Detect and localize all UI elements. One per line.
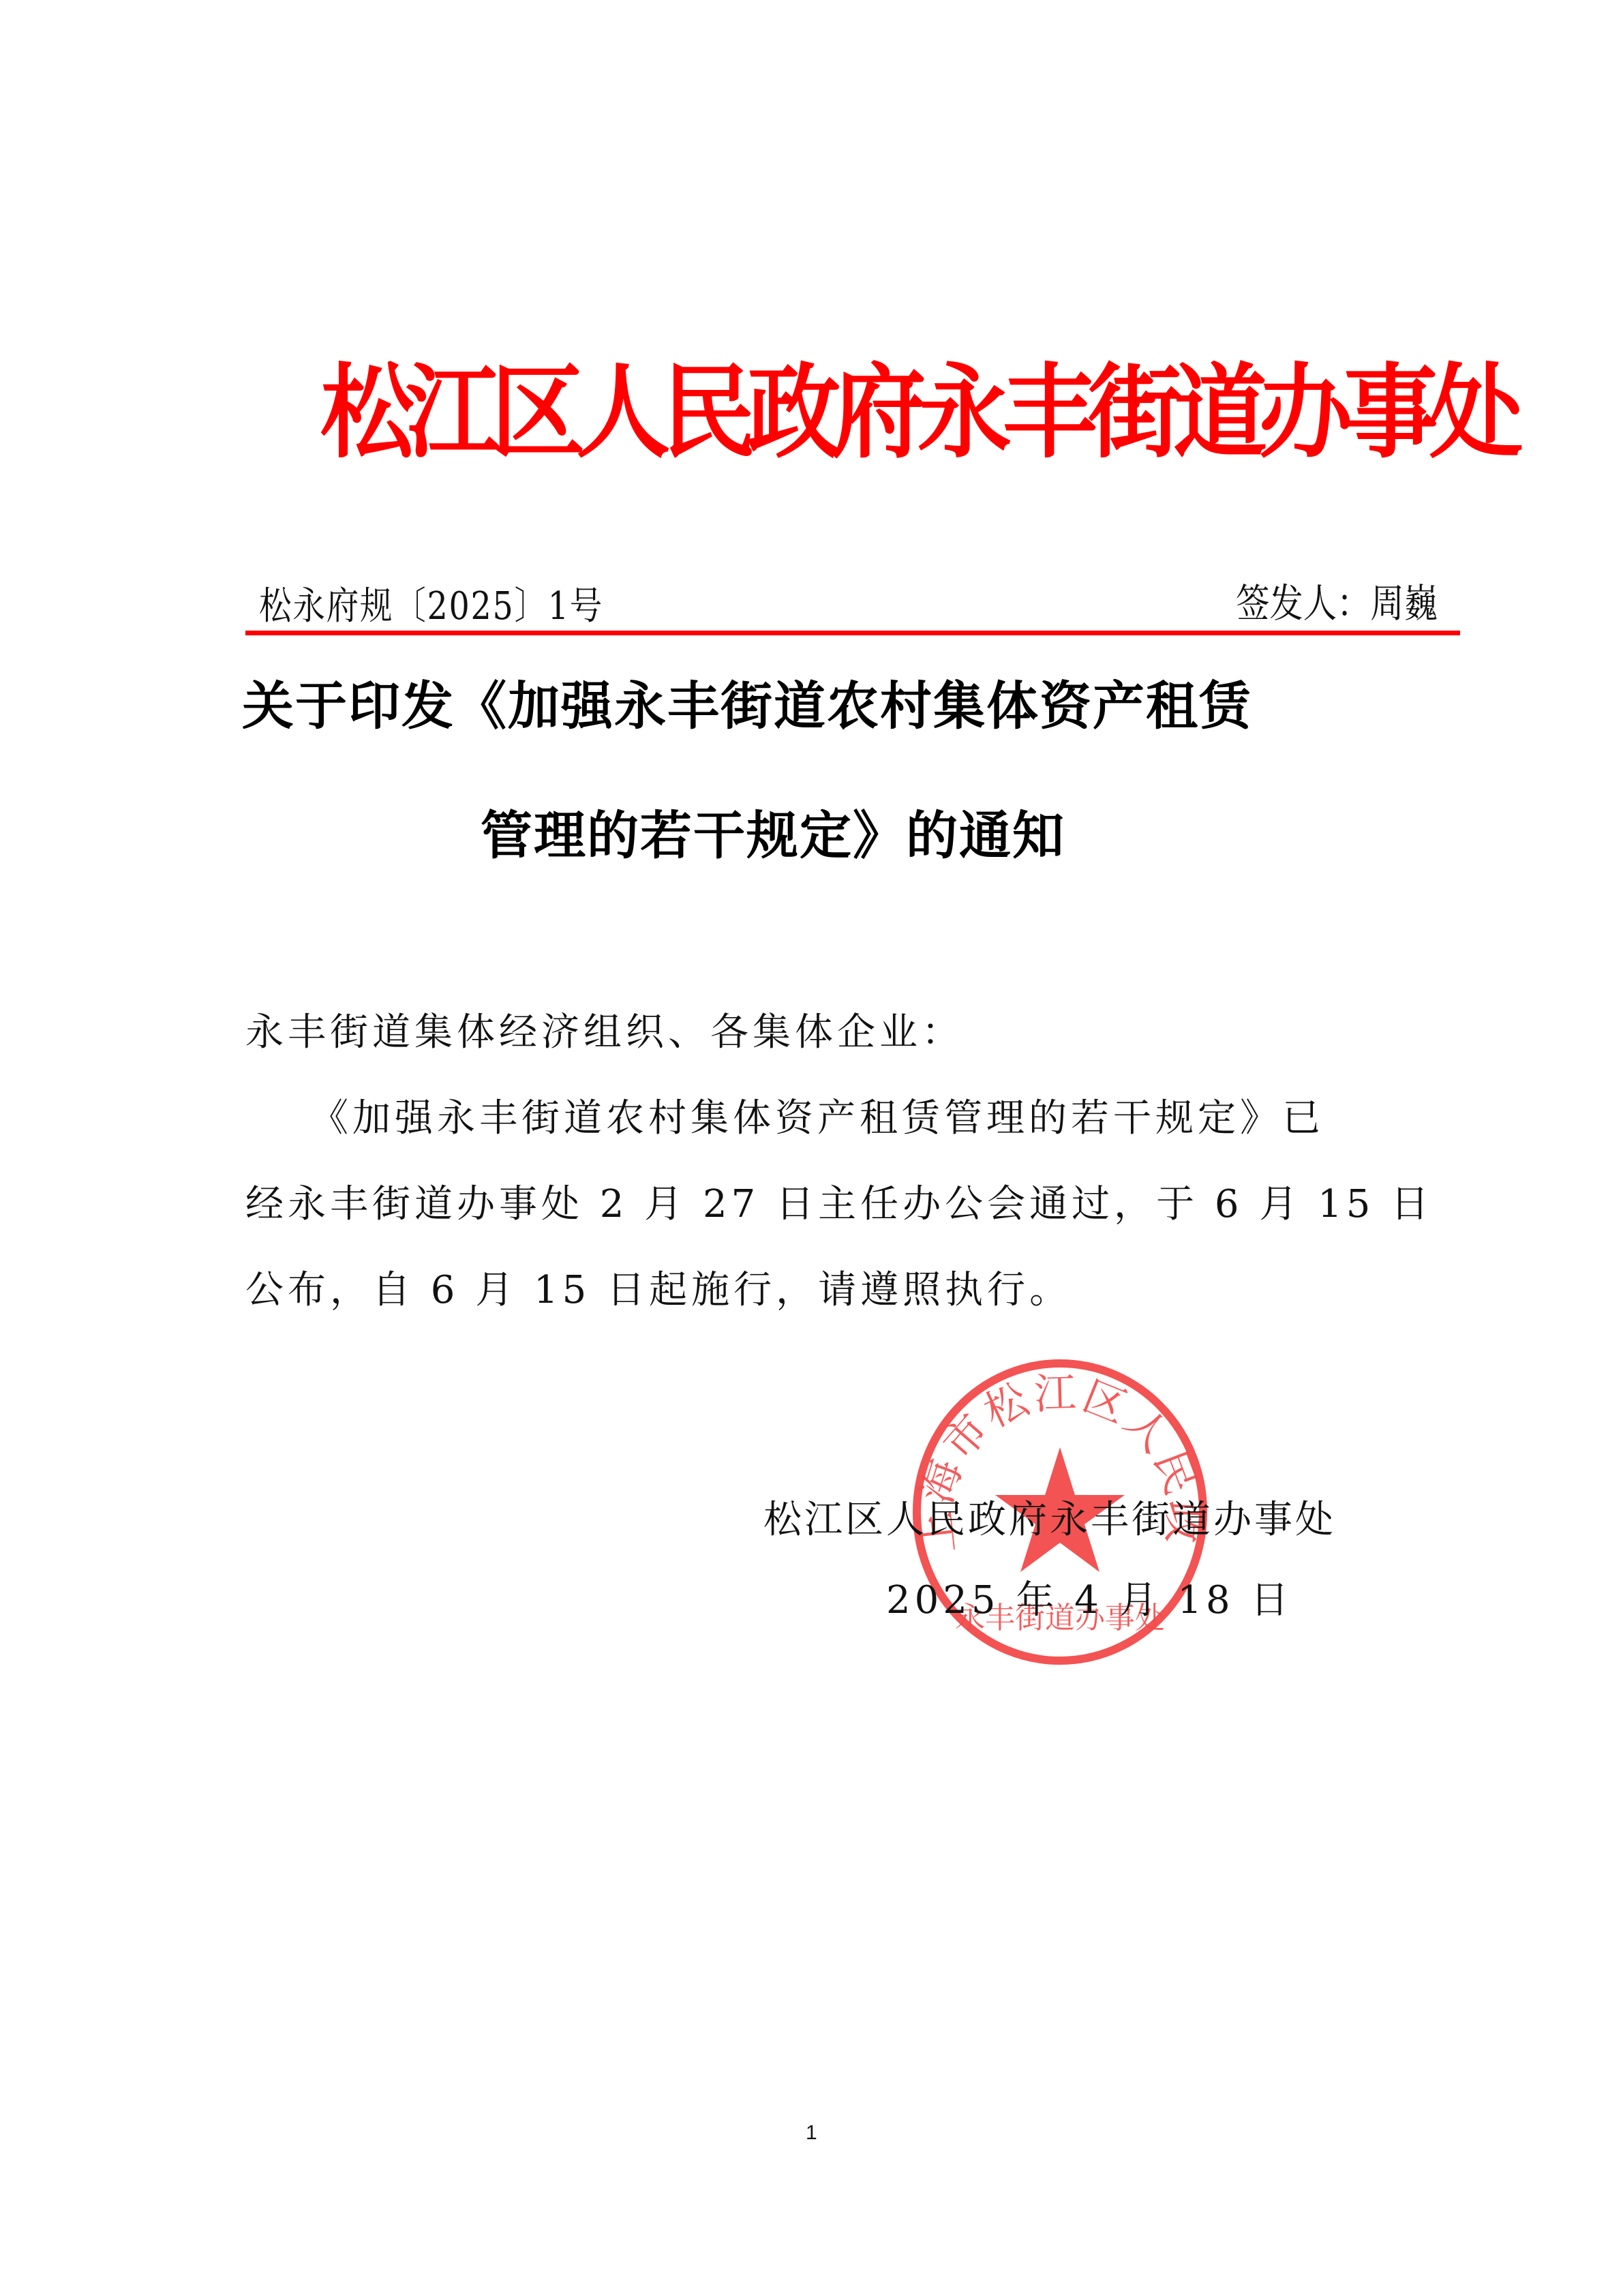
page-number: 1: [806, 2121, 817, 2145]
document-title-line-1: 关于印发《加强永丰街道农村集体资产租赁: [242, 665, 1401, 739]
signer-name: 周巍: [1370, 580, 1438, 626]
signature-date: 2025 年 4 月 18 日: [886, 1570, 1292, 1625]
document-page: 松江区人民政府永丰街道办事处 松永府规〔2025〕1号 签发人：周巍 关于印发《…: [0, 0, 1623, 2296]
document-title-line-2: 管理的若干规定》的通知: [481, 794, 1623, 868]
document-number: 松永府规〔2025〕1号: [259, 576, 603, 631]
body-line-1: 《加强永丰街道农村集体资产租赁管理的若干规定》已: [310, 1088, 1324, 1143]
salutation: 永丰街道集体经济组织、各集体企业：: [245, 1002, 964, 1057]
signature-organization: 松江区人民政府永丰街道办事处: [763, 1490, 1336, 1544]
signer-label: 签发人：: [1236, 580, 1370, 626]
body-line-3: 公布，自 6 月 15 日起施行，请遵照执行。: [245, 1260, 1072, 1314]
red-divider-rule: [245, 631, 1460, 635]
signer: 签发人：周巍: [1236, 571, 1438, 629]
masthead-title: 松江区人民政府永丰街道办事处: [320, 358, 1261, 467]
body-line-2: 经永丰街道办事处 2 月 27 日主任办公会通过，于 6 月 15 日: [245, 1174, 1433, 1228]
